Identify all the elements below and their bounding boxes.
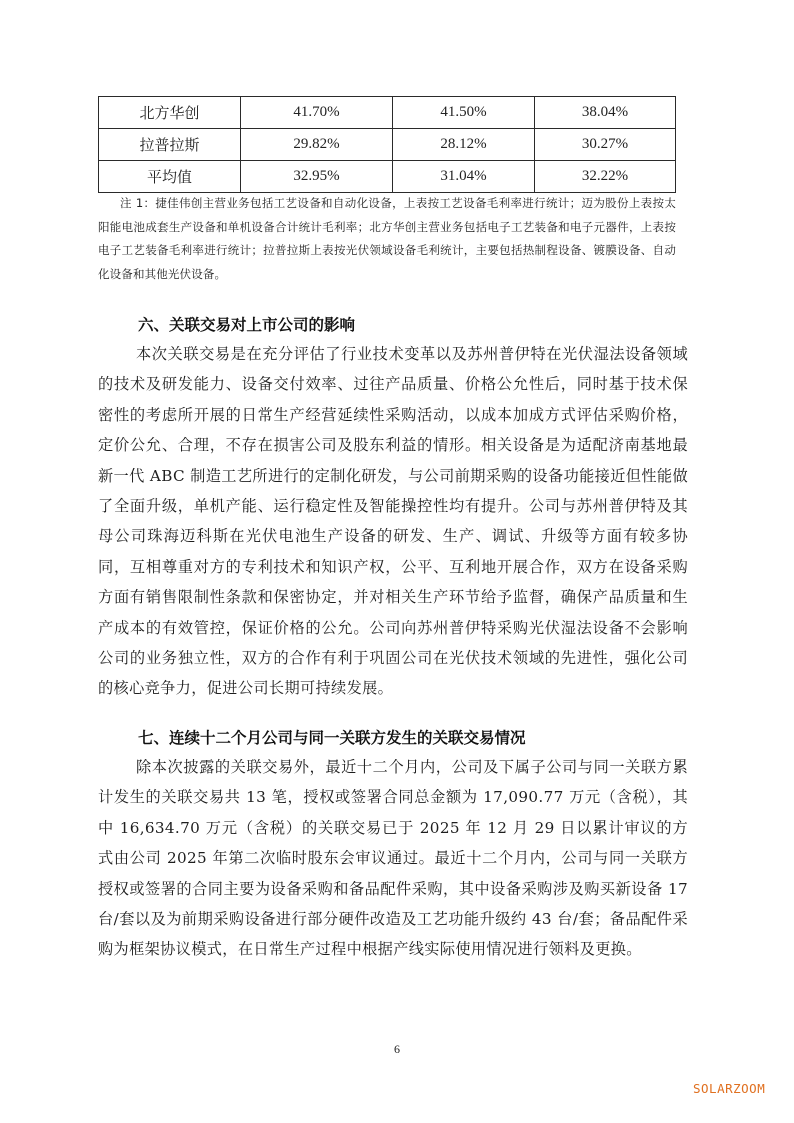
table-footnote: 注 1：捷佳伟创主营业务包括工艺设备和自动化设备，上表按工艺设备毛利率进行统计；… <box>98 192 676 286</box>
company-name-cell: 北方华创 <box>99 97 241 129</box>
section-6-heading: 六、关联交易对上市公司的影响 <box>138 313 355 335</box>
average-label-cell: 平均值 <box>99 161 241 193</box>
margin-cell: 41.70% <box>241 97 393 129</box>
page-number: 6 <box>394 1042 400 1057</box>
margin-cell: 30.27% <box>535 129 676 161</box>
margin-cell: 28.12% <box>393 129 535 161</box>
margin-cell: 38.04% <box>535 97 676 129</box>
watermark-logo: SOLARZOOM <box>693 1081 765 1096</box>
margin-cell: 41.50% <box>393 97 535 129</box>
margin-cell: 31.04% <box>393 161 535 193</box>
margin-cell: 32.95% <box>241 161 393 193</box>
section-6-paragraph: 本次关联交易是在充分评估了行业技术变革以及苏州普伊特在光伏湿法设备领域的技术及研… <box>98 339 688 704</box>
margin-cell: 29.82% <box>241 129 393 161</box>
table-row: 北方华创 41.70% 41.50% 38.04% <box>99 97 676 129</box>
company-name-cell: 拉普拉斯 <box>99 129 241 161</box>
gross-margin-table: 北方华创 41.70% 41.50% 38.04% 拉普拉斯 29.82% 28… <box>98 96 676 193</box>
section-7-paragraph: 除本次披露的关联交易外，最近十二个月内，公司及下属子公司与同一关联方累计发生的关… <box>98 752 688 965</box>
margin-cell: 32.22% <box>535 161 676 193</box>
table-row: 平均值 32.95% 31.04% 32.22% <box>99 161 676 193</box>
table-row: 拉普拉斯 29.82% 28.12% 30.27% <box>99 129 676 161</box>
section-7-heading: 七、连续十二个月公司与同一关联方发生的关联交易情况 <box>138 726 526 748</box>
